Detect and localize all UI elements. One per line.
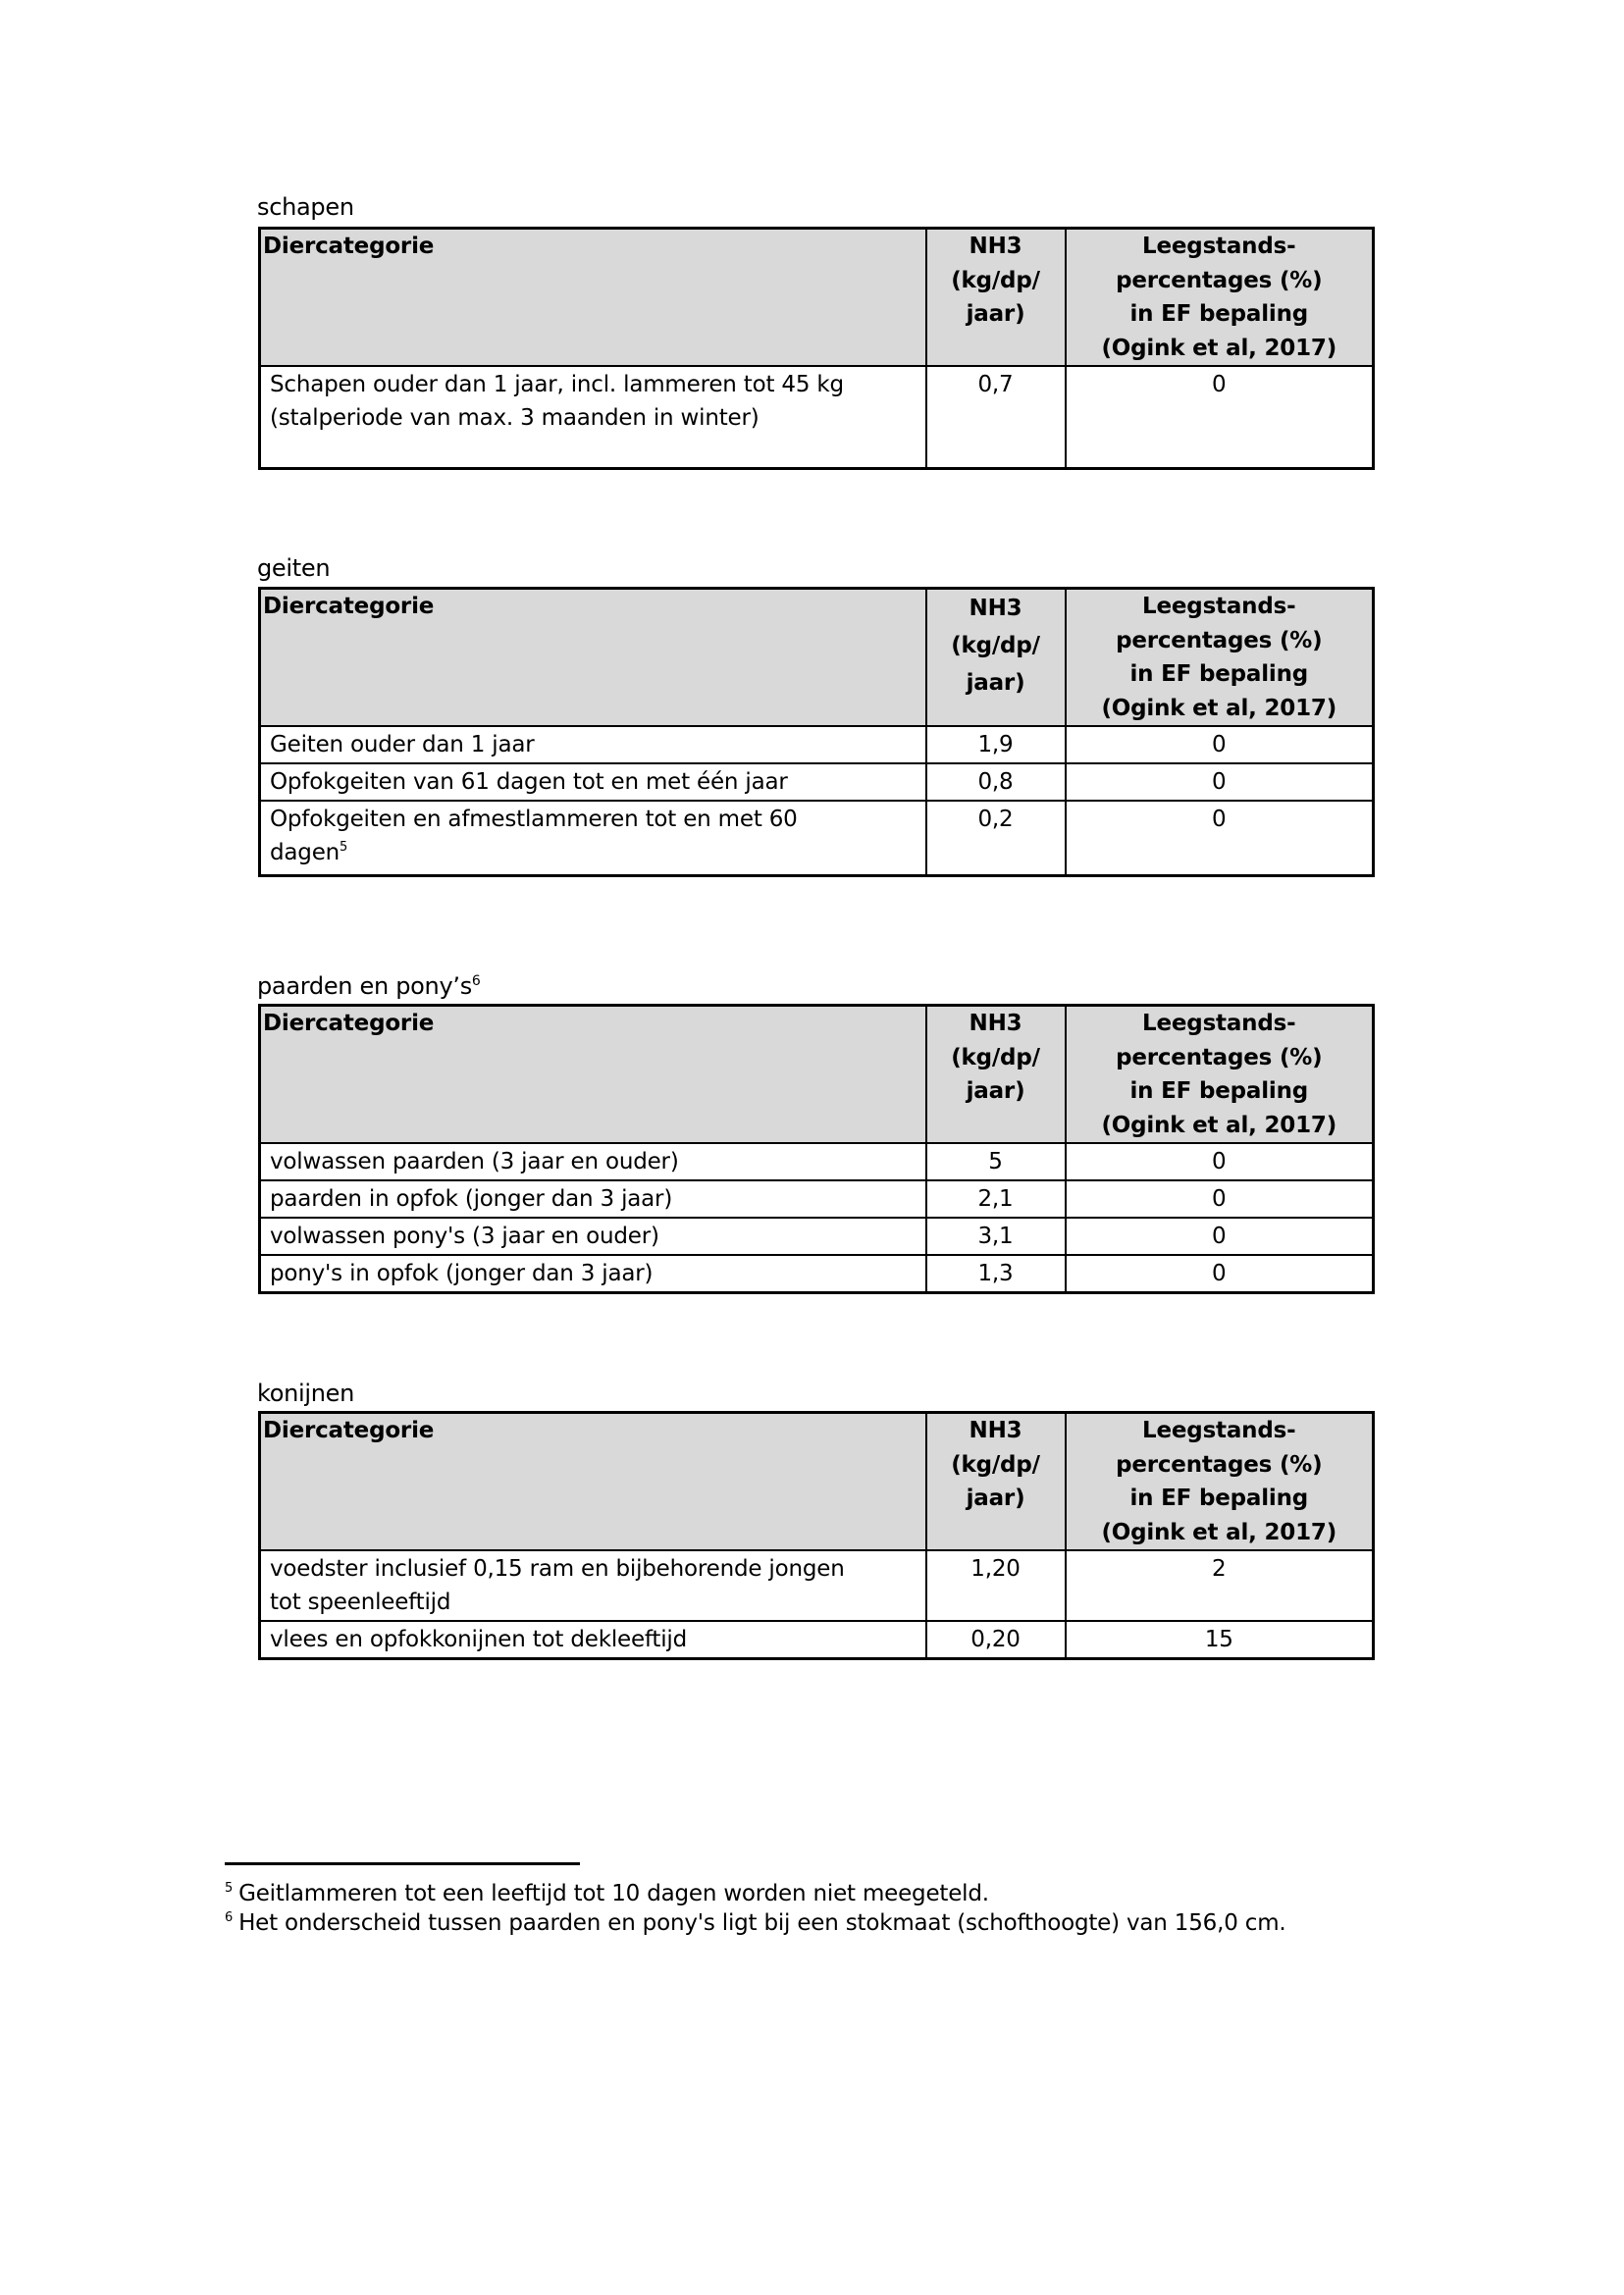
table-row: pony's in opfok (jonger dan 3 jaar)1,30 [260,1255,1374,1293]
footnote-6: 6Het onderscheid tussen paarden en pony'… [225,1909,1286,1937]
text-line: paarden in opfok (jonger dan 3 jaar) [270,1186,672,1212]
text-line: percentages (%) [1116,268,1322,293]
header-vacancy-pct: Leegstands-percentages (%)in EF bepaling… [1066,1413,1374,1551]
text-line: (stalperiode van max. 3 maanden in winte… [270,405,760,431]
text-line: Leegstands- [1142,1418,1295,1443]
text-line: vlees en opfokkonijnen tot dekleeftijd [270,1627,687,1652]
table-row: voedster inclusief 0,15 ram en bijbehore… [260,1550,1374,1621]
cell-nh3: 0,20 [926,1621,1066,1659]
header-nh3: NH3(kg/dp/jaar) [926,229,1066,367]
text-line: volwassen paarden (3 jaar en ouder) [270,1149,679,1174]
text-line: Schapen ouder dan 1 jaar, incl. lammeren… [270,372,844,397]
footnote-separator [225,1862,580,1865]
cell-nh3: 2,1 [926,1180,1066,1218]
cell-category: Opfokgeiten van 61 dagen tot en met één … [260,763,926,801]
header-row: DiercategorieNH3(kg/dp/jaar)Leegstands-p… [260,229,1374,367]
cell-category: pony's in opfok (jonger dan 3 jaar) [260,1255,926,1293]
cell-vacancy-pct: 0 [1066,801,1374,875]
table-row: Schapen ouder dan 1 jaar, incl. lammeren… [260,366,1374,468]
cell-nh3: 3,1 [926,1218,1066,1255]
section-label-text: konijnen [257,1380,354,1407]
text-line: in EF bepaling [1129,1486,1308,1511]
header-category: Diercategorie [260,1413,926,1551]
cell-category: paarden in opfok (jonger dan 3 jaar) [260,1180,926,1218]
cell-nh3: 1,20 [926,1550,1066,1621]
table-row: Opfokgeiten en afmestlammeren tot en met… [260,801,1374,875]
cell-vacancy-pct: 0 [1066,726,1374,763]
table-schapen: DiercategorieNH3(kg/dp/jaar)Leegstands-p… [258,227,1375,470]
text-line: NH3 [969,1418,1022,1443]
section-label-paarden: paarden en pony’s6 [257,972,481,1000]
header-nh3: NH3(kg/dp/jaar) [926,589,1066,727]
cell-category: Opfokgeiten en afmestlammeren tot en met… [260,801,926,875]
text-line: NH3 [969,596,1022,621]
text-line: voedster inclusief 0,15 ram en bijbehore… [270,1556,845,1582]
text-line: percentages (%) [1116,1452,1322,1478]
cell-category: volwassen paarden (3 jaar en ouder) [260,1143,926,1180]
header-category: Diercategorie [260,589,926,727]
table-row: Opfokgeiten van 61 dagen tot en met één … [260,763,1374,801]
text-line: dagen [270,840,340,865]
footnote-ref[interactable]: 6 [472,973,481,989]
text-line: percentages (%) [1116,1045,1322,1070]
table-row: volwassen pony's (3 jaar en ouder)3,10 [260,1218,1374,1255]
header-nh3: NH3(kg/dp/jaar) [926,1413,1066,1551]
cell-category: voedster inclusief 0,15 ram en bijbehore… [260,1550,926,1621]
cell-vacancy-pct: 0 [1066,1218,1374,1255]
cell-nh3: 0,7 [926,366,1066,468]
header-row: DiercategorieNH3(kg/dp/jaar)Leegstands-p… [260,1006,1374,1144]
table-geiten: DiercategorieNH3(kg/dp/jaar)Leegstands-p… [258,587,1375,877]
text-line: (kg/dp/ [951,1452,1040,1478]
table-row: volwassen paarden (3 jaar en ouder)50 [260,1143,1374,1180]
text-line: jaar) [967,1078,1025,1104]
cell-category: volwassen pony's (3 jaar en ouder) [260,1218,926,1255]
text-line: in EF bepaling [1129,301,1308,327]
table-row: Geiten ouder dan 1 jaar1,90 [260,726,1374,763]
text-line: tot speenleeftijd [270,1590,450,1615]
text-line: jaar) [967,670,1025,696]
text-line: jaar) [967,1486,1025,1511]
text-line: NH3 [969,1011,1022,1036]
footnote-number: 6 [225,1910,233,1925]
text-line: volwassen pony's (3 jaar en ouder) [270,1224,659,1249]
text-line: in EF bepaling [1129,661,1308,687]
section-label-konijnen: konijnen [257,1380,354,1407]
cell-nh3: 1,9 [926,726,1066,763]
header-category: Diercategorie [260,229,926,367]
text-line: percentages (%) [1116,628,1322,653]
text-line: pony's in opfok (jonger dan 3 jaar) [270,1261,653,1286]
text-line: Leegstands- [1142,594,1295,619]
section-label-text: schapen [257,193,354,221]
header-row: DiercategorieNH3(kg/dp/jaar)Leegstands-p… [260,1413,1374,1551]
header-vacancy-pct: Leegstands-percentages (%)in EF bepaling… [1066,589,1374,727]
footnote-ref[interactable]: 5 [340,840,347,855]
cell-nh3: 0,8 [926,763,1066,801]
footnote-5: 5Geitlammeren tot een leeftijd tot 10 da… [225,1880,989,1907]
text-line: (Ogink et al, 2017) [1101,696,1336,721]
footnote-text: Geitlammeren tot een leeftijd tot 10 dag… [238,1881,989,1906]
text-line: in EF bepaling [1129,1078,1308,1104]
table-konijnen: DiercategorieNH3(kg/dp/jaar)Leegstands-p… [258,1411,1375,1660]
cell-vacancy-pct: 0 [1066,366,1374,468]
cell-nh3: 5 [926,1143,1066,1180]
cell-vacancy-pct: 0 [1066,1143,1374,1180]
text-line: (kg/dp/ [951,268,1040,293]
cell-vacancy-pct: 2 [1066,1550,1374,1621]
table-row: vlees en opfokkonijnen tot dekleeftijd0,… [260,1621,1374,1659]
cell-vacancy-pct: 0 [1066,1255,1374,1293]
cell-vacancy-pct: 15 [1066,1621,1374,1659]
text-line: NH3 [969,234,1022,259]
cell-vacancy-pct: 0 [1066,1180,1374,1218]
text-line: (Ogink et al, 2017) [1101,1113,1336,1138]
section-label-schapen: schapen [257,193,354,221]
text-line: Leegstands- [1142,234,1295,259]
footnote-text: Het onderscheid tussen paarden en pony's… [238,1910,1285,1936]
cell-category: vlees en opfokkonijnen tot dekleeftijd [260,1621,926,1659]
footnote-number: 5 [225,1881,233,1896]
section-label-text: paarden en pony’s [257,972,472,1000]
text-line: Opfokgeiten en afmestlammeren tot en met… [270,807,798,832]
section-label-geiten: geiten [257,554,330,582]
text-line: jaar) [967,301,1025,327]
cell-nh3: 1,3 [926,1255,1066,1293]
cell-category: Geiten ouder dan 1 jaar [260,726,926,763]
header-category: Diercategorie [260,1006,926,1144]
header-nh3: NH3(kg/dp/jaar) [926,1006,1066,1144]
cell-nh3: 0,2 [926,801,1066,875]
text-line: Leegstands- [1142,1011,1295,1036]
text-line: Geiten ouder dan 1 jaar [270,732,535,757]
header-vacancy-pct: Leegstands-percentages (%)in EF bepaling… [1066,229,1374,367]
header-vacancy-pct: Leegstands-percentages (%)in EF bepaling… [1066,1006,1374,1144]
text-line: (Ogink et al, 2017) [1101,1520,1336,1545]
text-line: (kg/dp/ [951,633,1040,658]
header-row: DiercategorieNH3(kg/dp/jaar)Leegstands-p… [260,589,1374,727]
cell-vacancy-pct: 0 [1066,763,1374,801]
text-line: Opfokgeiten van 61 dagen tot en met één … [270,769,788,795]
table-paarden: DiercategorieNH3(kg/dp/jaar)Leegstands-p… [258,1004,1375,1294]
text-line: (kg/dp/ [951,1045,1040,1070]
text-line: (Ogink et al, 2017) [1101,336,1336,361]
section-label-text: geiten [257,554,330,582]
table-row: paarden in opfok (jonger dan 3 jaar)2,10 [260,1180,1374,1218]
cell-category: Schapen ouder dan 1 jaar, incl. lammeren… [260,366,926,468]
